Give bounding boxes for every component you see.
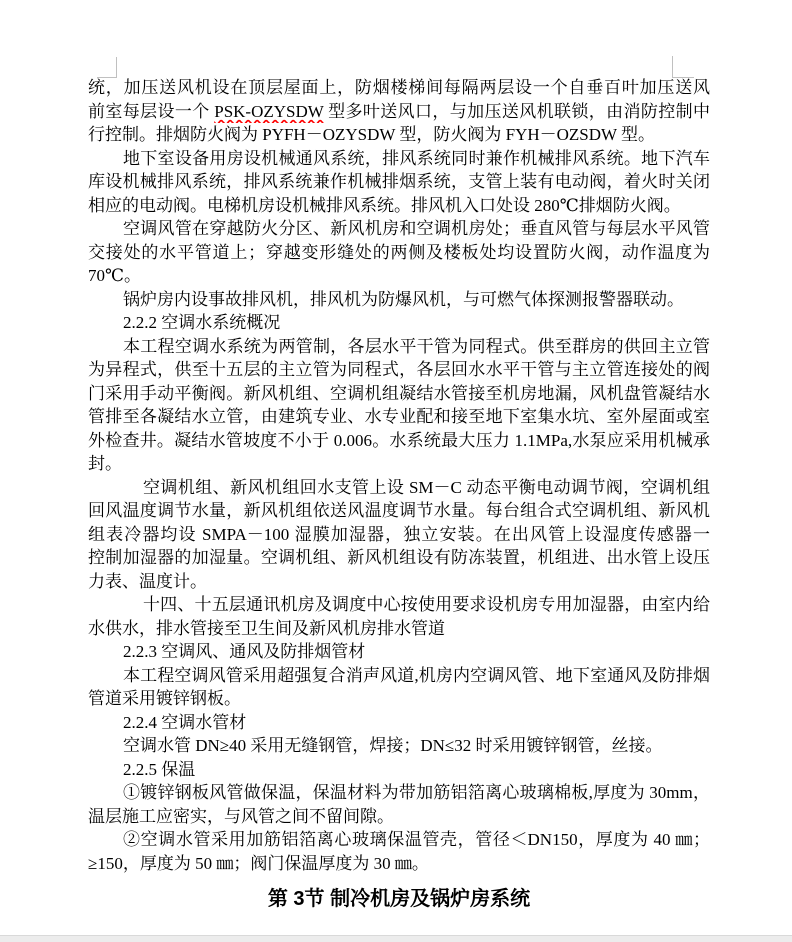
text-segment: 温层施工应密实，与风管之间不留间隙。 [88,807,394,826]
text-segment: 水供水，排水管接至卫生间及新风机房排水管道 [88,619,445,638]
text-segment: ②空调水管采用加筋铝箔离心玻璃保温管壳，管径＜DN150，厚度为 40 ㎜；DN [123,830,710,852]
text-line[interactable]: 70℃。 [88,264,710,288]
text-line[interactable]: 本工程空调风管采用超强复合消声风道,机房内空调风管、地下室通风及防排烟 [88,664,710,688]
text-segment: 空调机组、新风机组回水支管上设 SM－C 动态平衡电动调节阀，空调机组依 [143,478,710,500]
text-line[interactable]: 空调水管 DN≥40 采用无缝钢管，焊接；DN≤32 时采用镀锌钢管，丝接。 [88,734,710,758]
text-line[interactable]: 力表、温度计。 [88,570,710,594]
text-segment: 前室每层设一个 [88,102,214,121]
text-segment: 外检查井。凝结水管坡度不小于 0.006。水系统最大压力 1.1MPa,水泵应采… [88,431,710,450]
text-line[interactable]: ②空调水管采用加筋铝箔离心玻璃保温管壳，管径＜DN150，厚度为 40 ㎜；DN [88,828,710,852]
text-segment: 管道采用镀锌钢板。 [88,689,241,708]
text-segment: 锅炉房内设事故排风机，排风机为防爆风机，与可燃气体探测报警器联动。 [123,290,684,309]
text-line[interactable]: 水供水，排水管接至卫生间及新风机房排水管道 [88,617,710,641]
text-line[interactable]: ①镀锌钢板风管做保温，保温材料为带加筋铝箔离心玻璃棉板,厚度为 30mm，保 [88,781,710,805]
text-segment: 相应的电动阀。电梯机房设机械排风系统。排风机入口处设 280℃排烟防火阀。 [88,196,681,215]
text-segment: 地下室设备用房设机械通风系统，排风系统同时兼作机械排风系统。地下汽车 [123,149,710,168]
text-line[interactable]: ≥150，厚度为 50 ㎜；阀门保温厚度为 30 ㎜。 [88,852,710,876]
text-line[interactable]: 2.2.4 空调水管材 [88,711,710,735]
text-line[interactable]: 空调机组、新风机组回水支管上设 SM－C 动态平衡电动调节阀，空调机组依 [88,476,710,500]
text-segment: 2.2.3 空调风、通风及防排烟管材 [123,642,365,661]
text-segment: 为异程式，供至十五层的主立管为同程式，各层回水水平干管与主立管连接处的阀 [88,360,710,379]
text-line[interactable]: 为异程式，供至十五层的主立管为同程式，各层回水水平干管与主立管连接处的阀 [88,358,710,382]
text-segment: 封。 [88,454,122,473]
text-segment: 回风温度调节水量，新风机组依送风温度调节水量。每台组合式空调机组、新风机 [88,501,710,520]
text-line[interactable]: 外检查井。凝结水管坡度不小于 0.006。水系统最大压力 1.1MPa,水泵应采… [88,429,710,453]
text-line[interactable]: 前室每层设一个 PSK-OZYSDW 型多叶送风口，与加压送风机联锁，由消防控制… [88,100,710,124]
text-segment: 力表、温度计。 [88,572,207,591]
text-segment: 本工程空调风管采用超强复合消声风道,机房内空调风管、地下室通风及防排烟 [123,666,710,685]
text-segment: 管排至各凝结水立管，由建筑专业、水专业配和接至地下室集水坑、室外屋面或室 [88,407,710,426]
text-line[interactable]: 管道采用镀锌钢板。 [88,687,710,711]
text-line[interactable]: 十四、十五层通讯机房及调度中心按使用要求设机房专用加湿器，由室内给 [88,593,710,617]
text-line[interactable]: 门采用手动平衡阀。新风机组、空调机组凝结水管接至机房地漏，风机盘管凝结水 [88,382,710,406]
document-lines: 统，加压送风机设在顶层屋面上，防烟楼梯间每隔两层设一个自垂百叶加压送风口，前室每… [88,76,710,875]
text-segment: 行控制。排烟防火阀为 PYFH－OZYSDW 型，防火阀为 FYH－OZSDW … [88,125,655,144]
text-line[interactable]: 2.2.5 保温 [88,758,710,782]
text-segment: 2.2.4 空调水管材 [123,713,246,732]
document-body[interactable]: 统，加压送风机设在顶层屋面上，防烟楼梯间每隔两层设一个自垂百叶加压送风口，前室每… [88,76,710,913]
text-line[interactable]: 2.2.2 空调水系统概况 [88,311,710,335]
text-line[interactable]: 交接处的水平管道上；穿越变形缝处的两侧及楼板处均设置防火阀，动作温度为 [88,241,710,265]
text-segment: ①镀锌钢板风管做保温，保温材料为带加筋铝箔离心玻璃棉板,厚度为 30mm，保 [123,783,710,805]
text-line[interactable]: 封。 [88,452,710,476]
text-segment: 统，加压送风机设在顶层屋面上，防烟楼梯间每隔两层设一个自垂百叶加压送风口， [88,78,710,100]
text-segment: 空调水管 DN≥40 采用无缝钢管，焊接；DN≤32 时采用镀锌钢管，丝接。 [123,736,663,755]
text-segment: 2.2.5 保温 [123,760,195,779]
document-page: 统，加压送风机设在顶层屋面上，防烟楼梯间每隔两层设一个自垂百叶加压送风口，前室每… [0,0,792,942]
text-line[interactable]: 行控制。排烟防火阀为 PYFH－OZYSDW 型，防火阀为 FYH－OZSDW … [88,123,710,147]
text-line[interactable]: 回风温度调节水量，新风机组依送风温度调节水量。每台组合式空调机组、新风机 [88,499,710,523]
text-segment: 组表冷器均设 SMPA－100 湿膜加湿器，独立安装。在出风管上设湿度传感器一个… [88,525,710,547]
text-segment: ≥150，厚度为 50 ㎜；阀门保温厚度为 30 ㎜。 [88,854,429,873]
section-heading[interactable]: 第 3节 制冷机房及锅炉房系统 [88,885,710,913]
text-line[interactable]: 库设机械排风系统，排风系统兼作机械排烟系统，支管上装有电动阀，着火时关闭 [88,170,710,194]
text-segment: 70℃。 [88,266,141,285]
text-segment: 十四、十五层通讯机房及调度中心按使用要求设机房专用加湿器，由室内给 [143,595,710,614]
text-line[interactable]: 控制加湿器的加湿量。空调机组、新风机组设有防冻装置，机组进、出水管上设压 [88,546,710,570]
margin-crop-mark-right [672,56,694,78]
text-line[interactable]: 空调风管在穿越防火分区、新风机房和空调机房处；垂直风管与每层水平风管 [88,217,710,241]
text-segment: 交接处的水平管道上；穿越变形缝处的两侧及楼板处均设置防火阀，动作温度为 [88,243,710,262]
text-line[interactable]: 本工程空调水系统为两管制，各层水平干管为同程式。供至群房的供回主立管 [88,335,710,359]
text-line[interactable]: 锅炉房内设事故排风机，排风机为防爆风机，与可燃气体探测报警器联动。 [88,288,710,312]
spellcheck-flagged-text: PSK-OZYSDW [214,102,323,121]
text-line[interactable]: 统，加压送风机设在顶层屋面上，防烟楼梯间每隔两层设一个自垂百叶加压送风口， [88,76,710,100]
text-line[interactable]: 管排至各凝结水立管，由建筑专业、水专业配和接至地下室集水坑、室外屋面或室 [88,405,710,429]
text-line[interactable]: 温层施工应密实，与风管之间不留间隙。 [88,805,710,829]
text-segment: 空调风管在穿越防火分区、新风机房和空调机房处；垂直风管与每层水平风管 [123,219,710,238]
text-segment: 2.2.2 空调水系统概况 [123,313,280,332]
page-bottom-edge [0,935,792,942]
text-segment: 控制加湿器的加湿量。空调机组、新风机组设有防冻装置，机组进、出水管上设压 [88,548,710,567]
text-segment: 库设机械排风系统，排风系统兼作机械排烟系统，支管上装有电动阀，着火时关闭 [88,172,710,191]
text-line[interactable]: 组表冷器均设 SMPA－100 湿膜加湿器，独立安装。在出风管上设湿度传感器一个… [88,523,710,547]
text-line[interactable]: 2.2.3 空调风、通风及防排烟管材 [88,640,710,664]
text-line[interactable]: 相应的电动阀。电梯机房设机械排风系统。排风机入口处设 280℃排烟防火阀。 [88,194,710,218]
margin-crop-mark-left [97,57,117,78]
text-segment: 本工程空调水系统为两管制，各层水平干管为同程式。供至群房的供回主立管 [123,337,710,356]
text-segment: 门采用手动平衡阀。新风机组、空调机组凝结水管接至机房地漏，风机盘管凝结水 [88,384,710,403]
text-line[interactable]: 地下室设备用房设机械通风系统，排风系统同时兼作机械排风系统。地下汽车 [88,147,710,171]
